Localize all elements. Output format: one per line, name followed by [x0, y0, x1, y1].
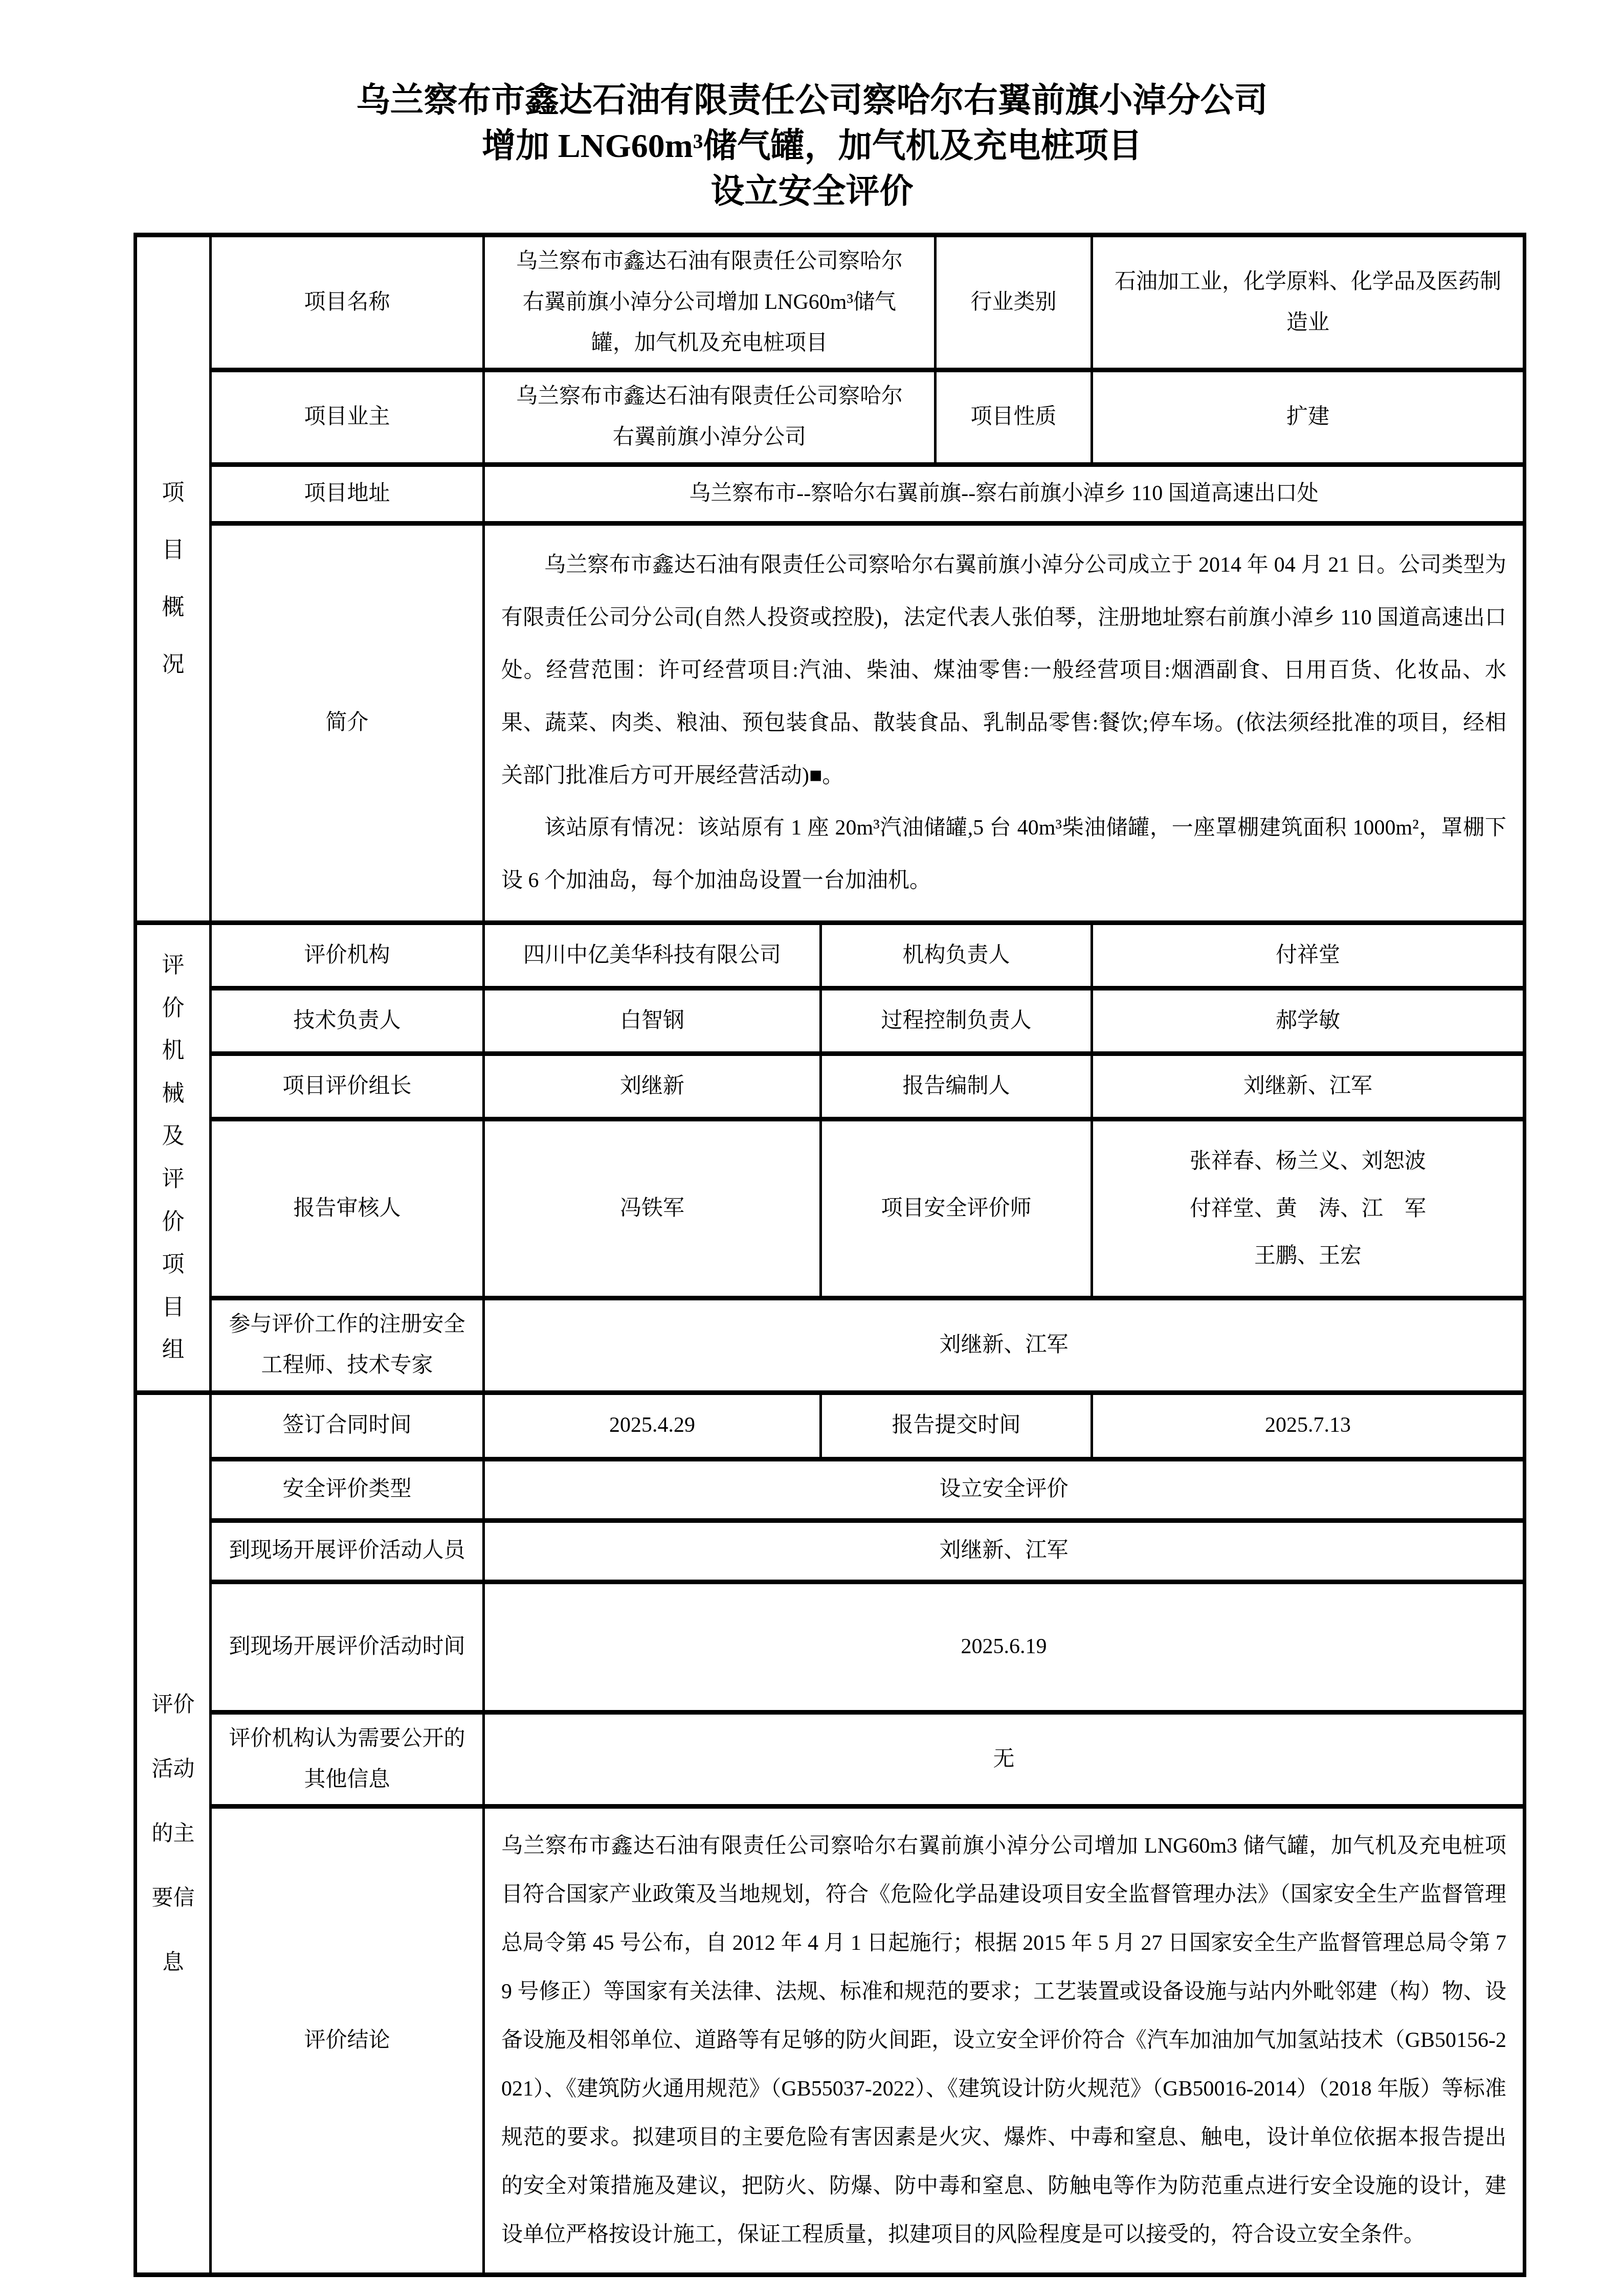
eval-type-label: 安全评价类型 [211, 1459, 484, 1520]
eval-type-value: 设立安全评价 [484, 1459, 1525, 1520]
report-date-label: 报告提交时间 [821, 1392, 1092, 1459]
industry-value: 石油加工业，化学原料、化学品及医药制造业 [1092, 235, 1525, 370]
site-personnel-label: 到现场开展评价活动人员 [211, 1520, 484, 1582]
intro-value: 乌兰察布市鑫达石油有限责任公司察哈尔右翼前旗小淖分公司成立于 2014 年 04… [484, 523, 1525, 922]
nature-value: 扩建 [1092, 370, 1525, 465]
address-value: 乌兰察布市--察哈尔右翼前旗--察右前旗小淖乡 110 国道高速出口处 [484, 464, 1525, 523]
report-date-value: 2025.7.13 [1092, 1392, 1525, 1459]
conclusion-paragraph: 乌兰察布市鑫达石油有限责任公司察哈尔右翼前旗小淖分公司增加 LNG60m3 储气… [501, 1822, 1506, 2259]
report-reviewer-value: 冯铁军 [484, 1119, 821, 1298]
section-label-evaluation-activity: 评价 活动 的主 要信 息 [136, 1392, 211, 2275]
section-label-project-overview: 项 目 概 况 [136, 235, 211, 923]
project-name-label: 项目名称 [211, 235, 484, 370]
section-label-evaluation-team: 评 价 机 械 及 评 价 项 目 组 [136, 923, 211, 1393]
owner-label: 项目业主 [211, 370, 484, 465]
industry-label: 行业类别 [936, 235, 1092, 370]
document-title-line1: 乌兰察布市鑫达石油有限责任公司察哈尔右翼前旗小淖分公司 [0, 78, 1624, 123]
safety-assessors-value: 张祥春、杨兰义、刘恕波 付祥堂、黄 涛、江 军 王鹏、王宏 [1092, 1119, 1525, 1298]
report-reviewer-label: 报告审核人 [211, 1119, 484, 1298]
agency-head-value: 付祥堂 [1092, 923, 1525, 988]
agency-label: 评价机构 [211, 923, 484, 988]
site-date-label: 到现场开展评价活动时间 [211, 1582, 484, 1712]
intro-paragraph-2: 该站原有情况：该站原有 1 座 20m³汽油储罐,5 台 40m³柴油储罐，一座… [501, 802, 1506, 907]
site-personnel-value: 刘继新、江军 [484, 1520, 1525, 1582]
other-info-value: 无 [484, 1712, 1525, 1807]
contract-date-value: 2025.4.29 [484, 1392, 821, 1459]
safety-evaluation-table: 项 目 概 况 项目名称 乌兰察布市鑫达石油有限责任公司察哈尔右翼前旗小淖分公司… [134, 233, 1526, 2277]
registered-engineers-label: 参与评价工作的注册安全工程师、技术专家 [211, 1298, 484, 1393]
safety-assessors-label: 项目安全评价师 [821, 1119, 1092, 1298]
intro-label: 简介 [211, 523, 484, 922]
contract-date-label: 签订合同时间 [211, 1392, 484, 1459]
report-writer-label: 报告编制人 [821, 1054, 1092, 1119]
conclusion-label: 评价结论 [211, 1807, 484, 2275]
team-leader-value: 刘继新 [484, 1054, 821, 1119]
document-title-line3: 设立安全评价 [0, 169, 1624, 214]
report-writer-value: 刘继新、江军 [1092, 1054, 1525, 1119]
address-label: 项目地址 [211, 464, 484, 523]
nature-label: 项目性质 [936, 370, 1092, 465]
site-date-value: 2025.6.19 [484, 1582, 1525, 1712]
agency-head-label: 机构负责人 [821, 923, 1092, 988]
document-title: 乌兰察布市鑫达石油有限责任公司察哈尔右翼前旗小淖分公司 增加 LNG60m³储气… [0, 78, 1624, 214]
tech-lead-value: 白智钢 [484, 988, 821, 1054]
project-name-value: 乌兰察布市鑫达石油有限责任公司察哈尔右翼前旗小淖分公司增加 LNG60m³储气罐… [484, 235, 936, 370]
process-control-value: 郝学敏 [1092, 988, 1525, 1054]
document-title-line2: 增加 LNG60m³储气罐，加气机及充电桩项目 [0, 123, 1624, 169]
conclusion-value: 乌兰察布市鑫达石油有限责任公司察哈尔右翼前旗小淖分公司增加 LNG60m3 储气… [484, 1807, 1525, 2275]
owner-value: 乌兰察布市鑫达石油有限责任公司察哈尔右翼前旗小淖分公司 [484, 370, 936, 465]
tech-lead-label: 技术负责人 [211, 988, 484, 1054]
team-leader-label: 项目评价组长 [211, 1054, 484, 1119]
registered-engineers-value: 刘继新、江军 [484, 1298, 1525, 1393]
intro-paragraph-1: 乌兰察布市鑫达石油有限责任公司察哈尔右翼前旗小淖分公司成立于 2014 年 04… [501, 539, 1506, 802]
agency-value: 四川中亿美华科技有限公司 [484, 923, 821, 988]
process-control-label: 过程控制负责人 [821, 988, 1092, 1054]
other-info-label: 评价机构认为需要公开的其他信息 [211, 1712, 484, 1807]
